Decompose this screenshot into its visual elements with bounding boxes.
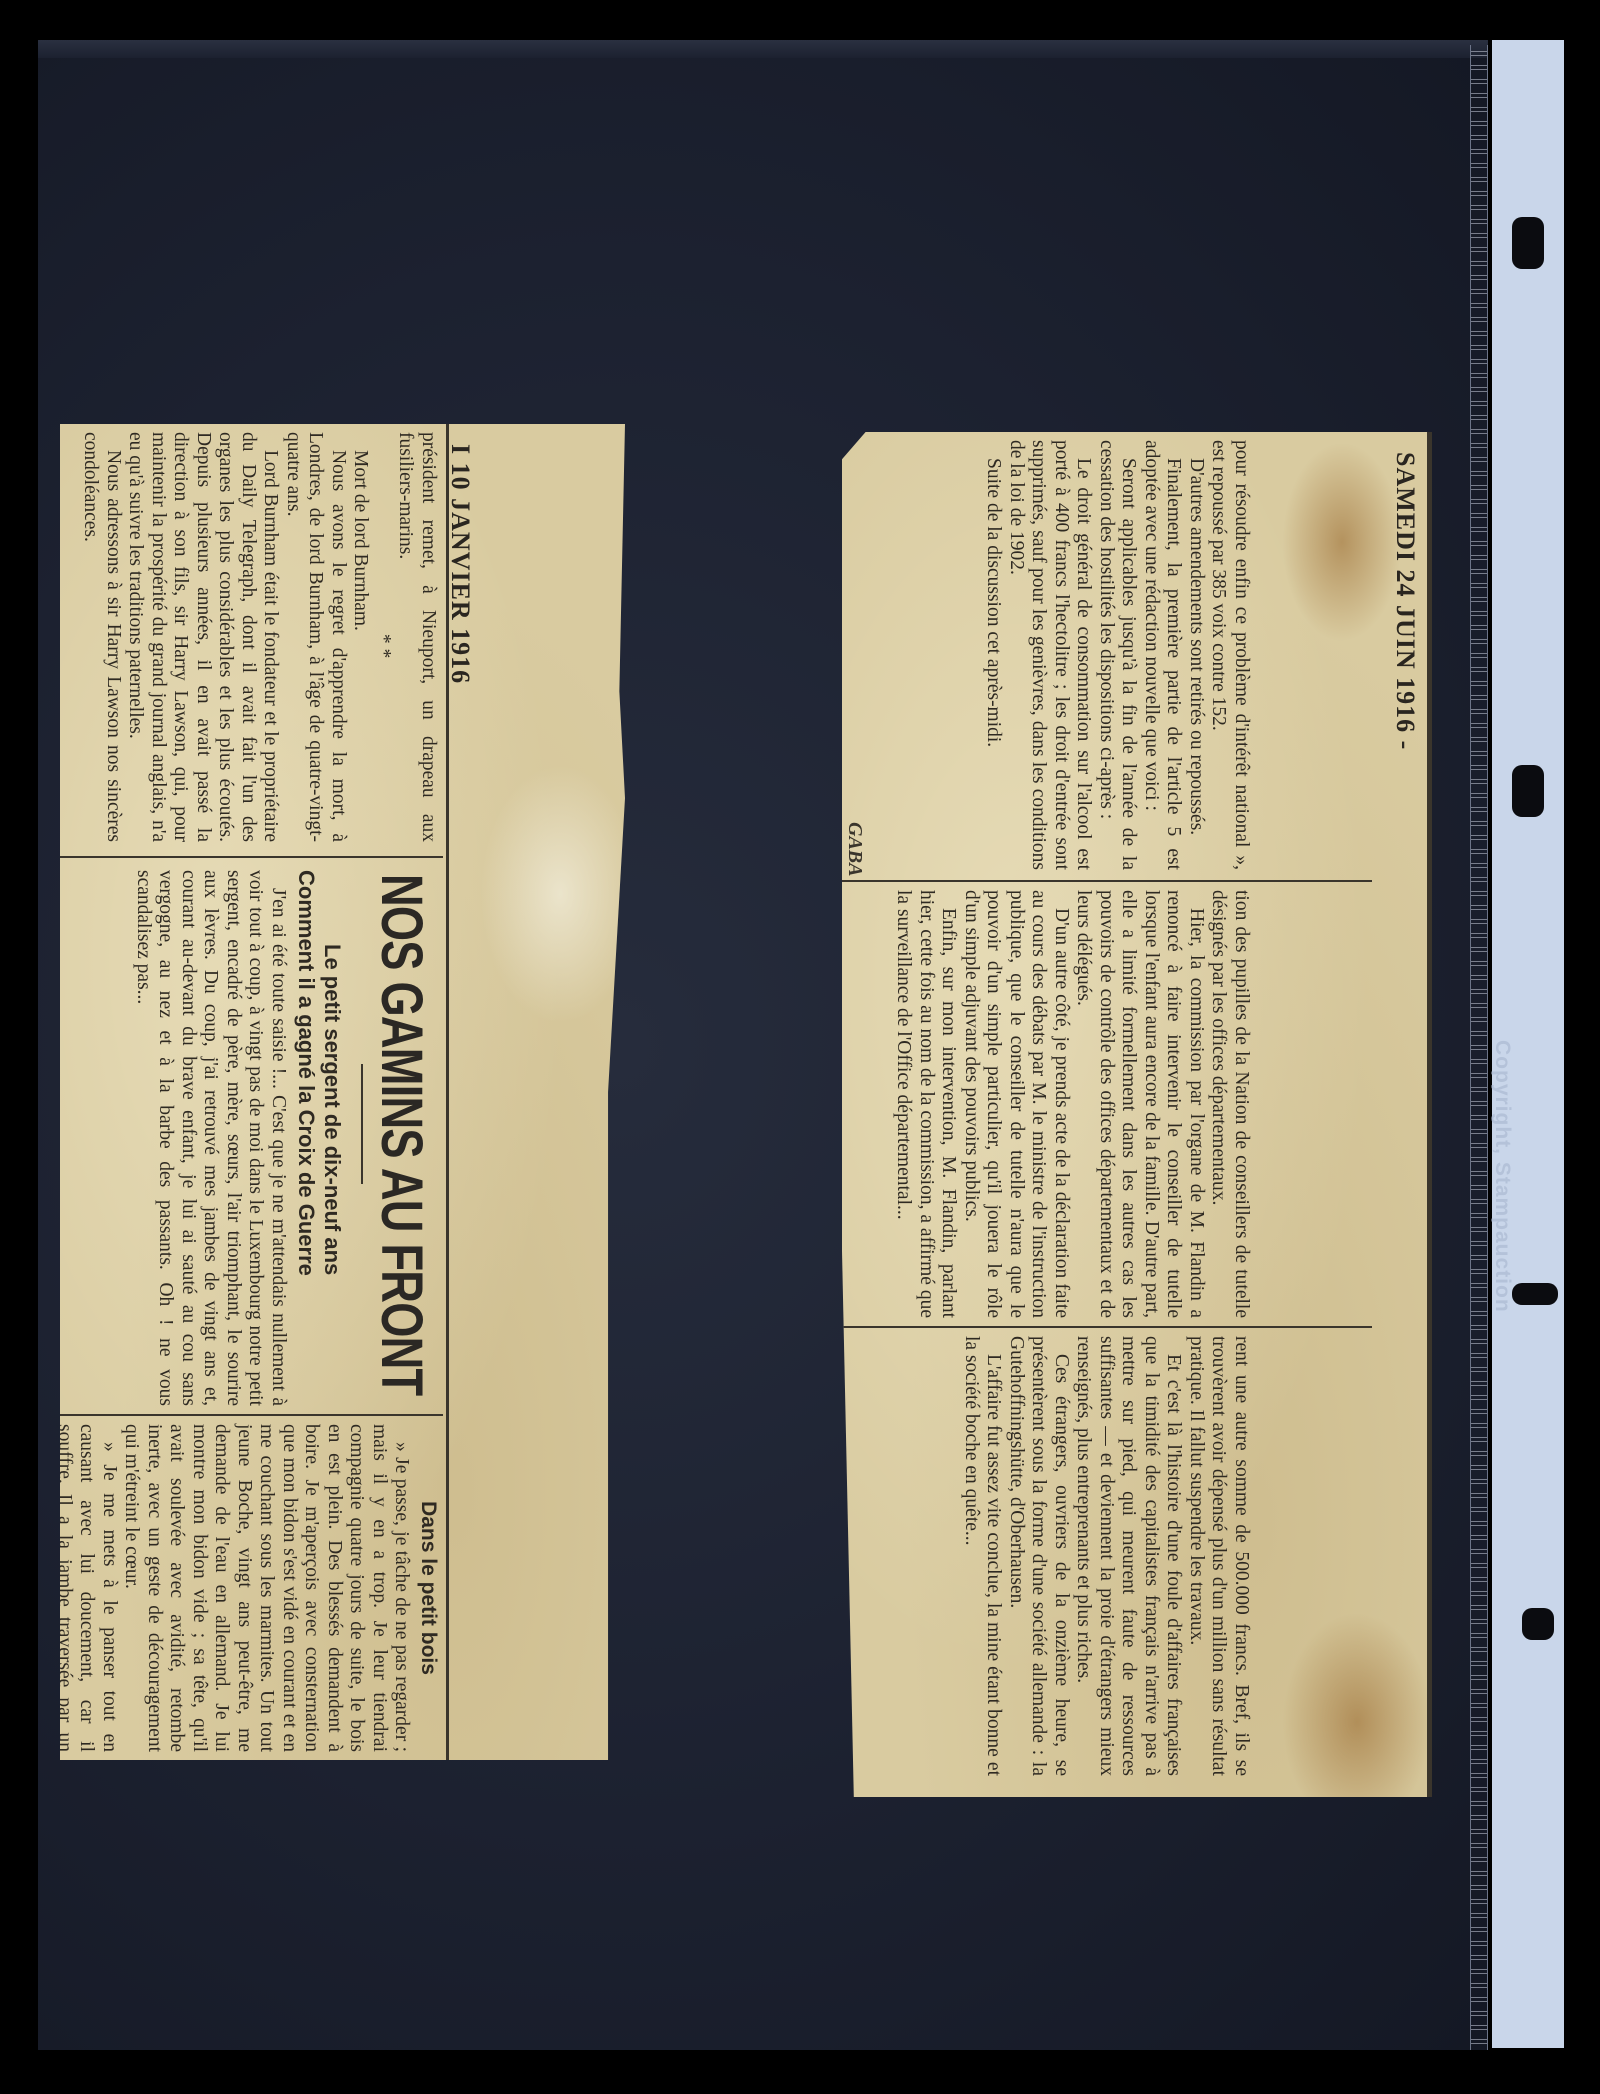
column-rule-1 <box>842 880 1372 882</box>
newspaper-clipping-right: SAMEDI 24 JUIN 1916 - pour résoudre enfi… <box>842 432 1432 1797</box>
article-column-pupilles: tion des pupilles de la Nation de consei… <box>852 890 1252 1318</box>
binder-hole-4 <box>1522 1608 1554 1640</box>
top-rule <box>1427 432 1432 1797</box>
binder-hole-3 <box>1512 1283 1558 1305</box>
article-signature: GABA <box>843 822 866 876</box>
top-rule <box>446 424 449 1760</box>
column-rule-1 <box>60 856 443 858</box>
article-column-etrangers: rent une autre somme de 500.000 francs. … <box>852 1336 1252 1776</box>
binder-hole-2 <box>1512 765 1544 817</box>
article-column-gamins: J'en ai été toute saisie !... C'est que … <box>60 870 289 1406</box>
article-subhead-1: Le petit sergent de dix-neuf ans <box>319 944 345 1275</box>
article-column-alcool: pour résoudre enfin ce problème d'intérê… <box>852 440 1252 870</box>
article-column-petit-bois: Dans le petit bois » Je passe, je tâche … <box>60 1424 439 1752</box>
watermark-text: Copyright, Stampauction <box>1490 1040 1514 1313</box>
section-title: Dans le petit bois <box>417 1424 440 1752</box>
article-subhead-2: Comment il a gagné la Croix de Guerre <box>293 870 319 1276</box>
clipping-dateline: SAMEDI 24 JUIN 1916 - <box>1390 452 1420 750</box>
page-perforation <box>1470 45 1488 2050</box>
column-rule-2 <box>60 1414 443 1416</box>
article-column-burnham: président remet, à Nieuport, un drapeau … <box>60 432 439 842</box>
binder-hole-1 <box>1512 217 1544 269</box>
newspaper-clipping-left: I 10 JANVIER 1916 président remet, à Nie… <box>60 424 625 1760</box>
headline-rule <box>361 1064 363 1184</box>
article-headline: NOS GAMINS AU FRONT <box>368 874 435 1395</box>
column-rule-2 <box>842 1326 1372 1328</box>
clipping-dateline: I 10 JANVIER 1916 <box>445 444 475 684</box>
